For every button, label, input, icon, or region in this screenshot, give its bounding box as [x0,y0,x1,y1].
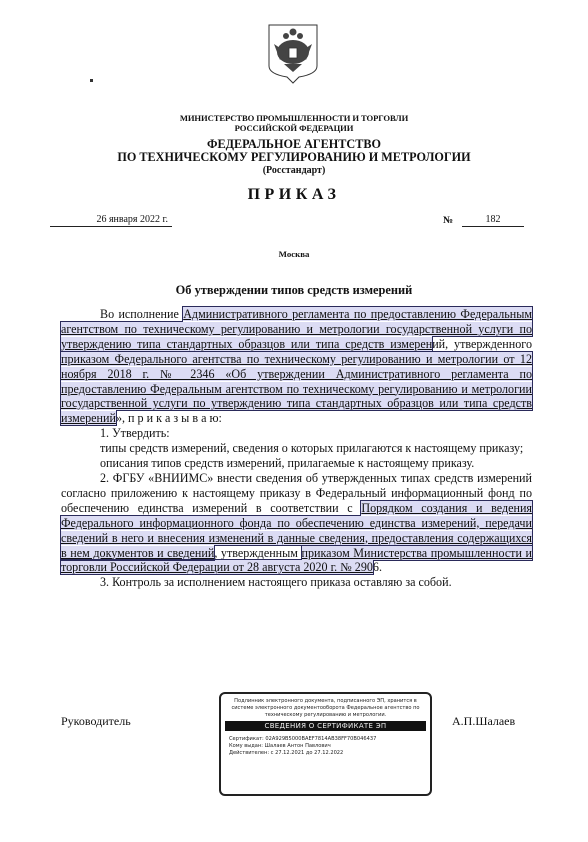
city: Москва [0,249,588,259]
order-number: 182 [462,213,524,227]
text: Во исполнение [100,307,183,321]
item-2: 2. ФГБУ «ВНИИМС» внести сведения об утве… [61,471,532,575]
cert-validity: Действителен: с 27.12.2021 до 27.12.2022 [229,750,422,757]
text: », п р и к а з ы в а ю: [116,411,222,425]
agency-line-2: ПО ТЕХНИЧЕСКОМУ РЕГУЛИРОВАНИЮ И МЕТРОЛОГ… [0,151,588,164]
cert-owner: Кому выдан: Шалаев Антон Павлович [229,743,422,750]
stamp-cert-details: Сертификат: 02A929B5000BAEF7814AB38FF70B… [221,731,430,756]
document-type: ПРИКАЗ [0,186,588,204]
document-body: Во исполнение Административного регламен… [61,307,532,590]
agency-short-name: (Росстандарт) [0,164,588,177]
signer-name: А.П.Шалаев [452,714,515,729]
order-date: 26 января 2022 г. [50,213,172,227]
ministry-line-1: МИНИСТЕРСТВО ПРОМЫШЛЕННОСТИ И ТОРГОВЛИ [0,113,588,123]
stamp-text: Подлинник электронного документа, подпис… [221,694,430,718]
number-label: № [443,215,453,226]
e-signature-stamp: Подлинник электронного документа, подпис… [219,692,432,796]
signer-role: Руководитель [61,714,131,729]
agency-name: ФЕДЕРАЛЬНОЕ АГЕНТСТВО ПО ТЕХНИЧЕСКОМУ РЕ… [0,138,588,177]
item-1b: описания типов средств измерений, прилаг… [61,456,532,471]
text: 6. [373,560,382,574]
paragraph-preamble: Во исполнение Административного регламен… [61,307,532,426]
ministry-name: МИНИСТЕРСТВО ПРОМЫШЛЕННОСТИ И ТОРГОВЛИ Р… [0,113,588,133]
text: , утвержденным [214,546,301,560]
scan-speck [90,79,93,82]
stamp-cert-header: СВЕДЕНИЯ О СЕРТИФИКАТЕ ЭП [225,721,426,731]
document-title: Об утверждении типов средств измерений [0,283,588,298]
item-1: 1. Утвердить: [61,426,532,441]
coat-of-arms-icon [266,22,320,84]
ministry-line-2: РОССИЙСКОЙ ФЕДЕРАЦИИ [0,123,588,133]
text: ий, утвержденного [432,337,532,351]
item-1a: типы средств измерений, сведения о котор… [61,441,532,456]
item-3: 3. Контроль за исполнением настоящего пр… [61,575,532,590]
cert-serial: Сертификат: 02A929B5000BAEF7814AB38FF70B… [229,736,422,743]
